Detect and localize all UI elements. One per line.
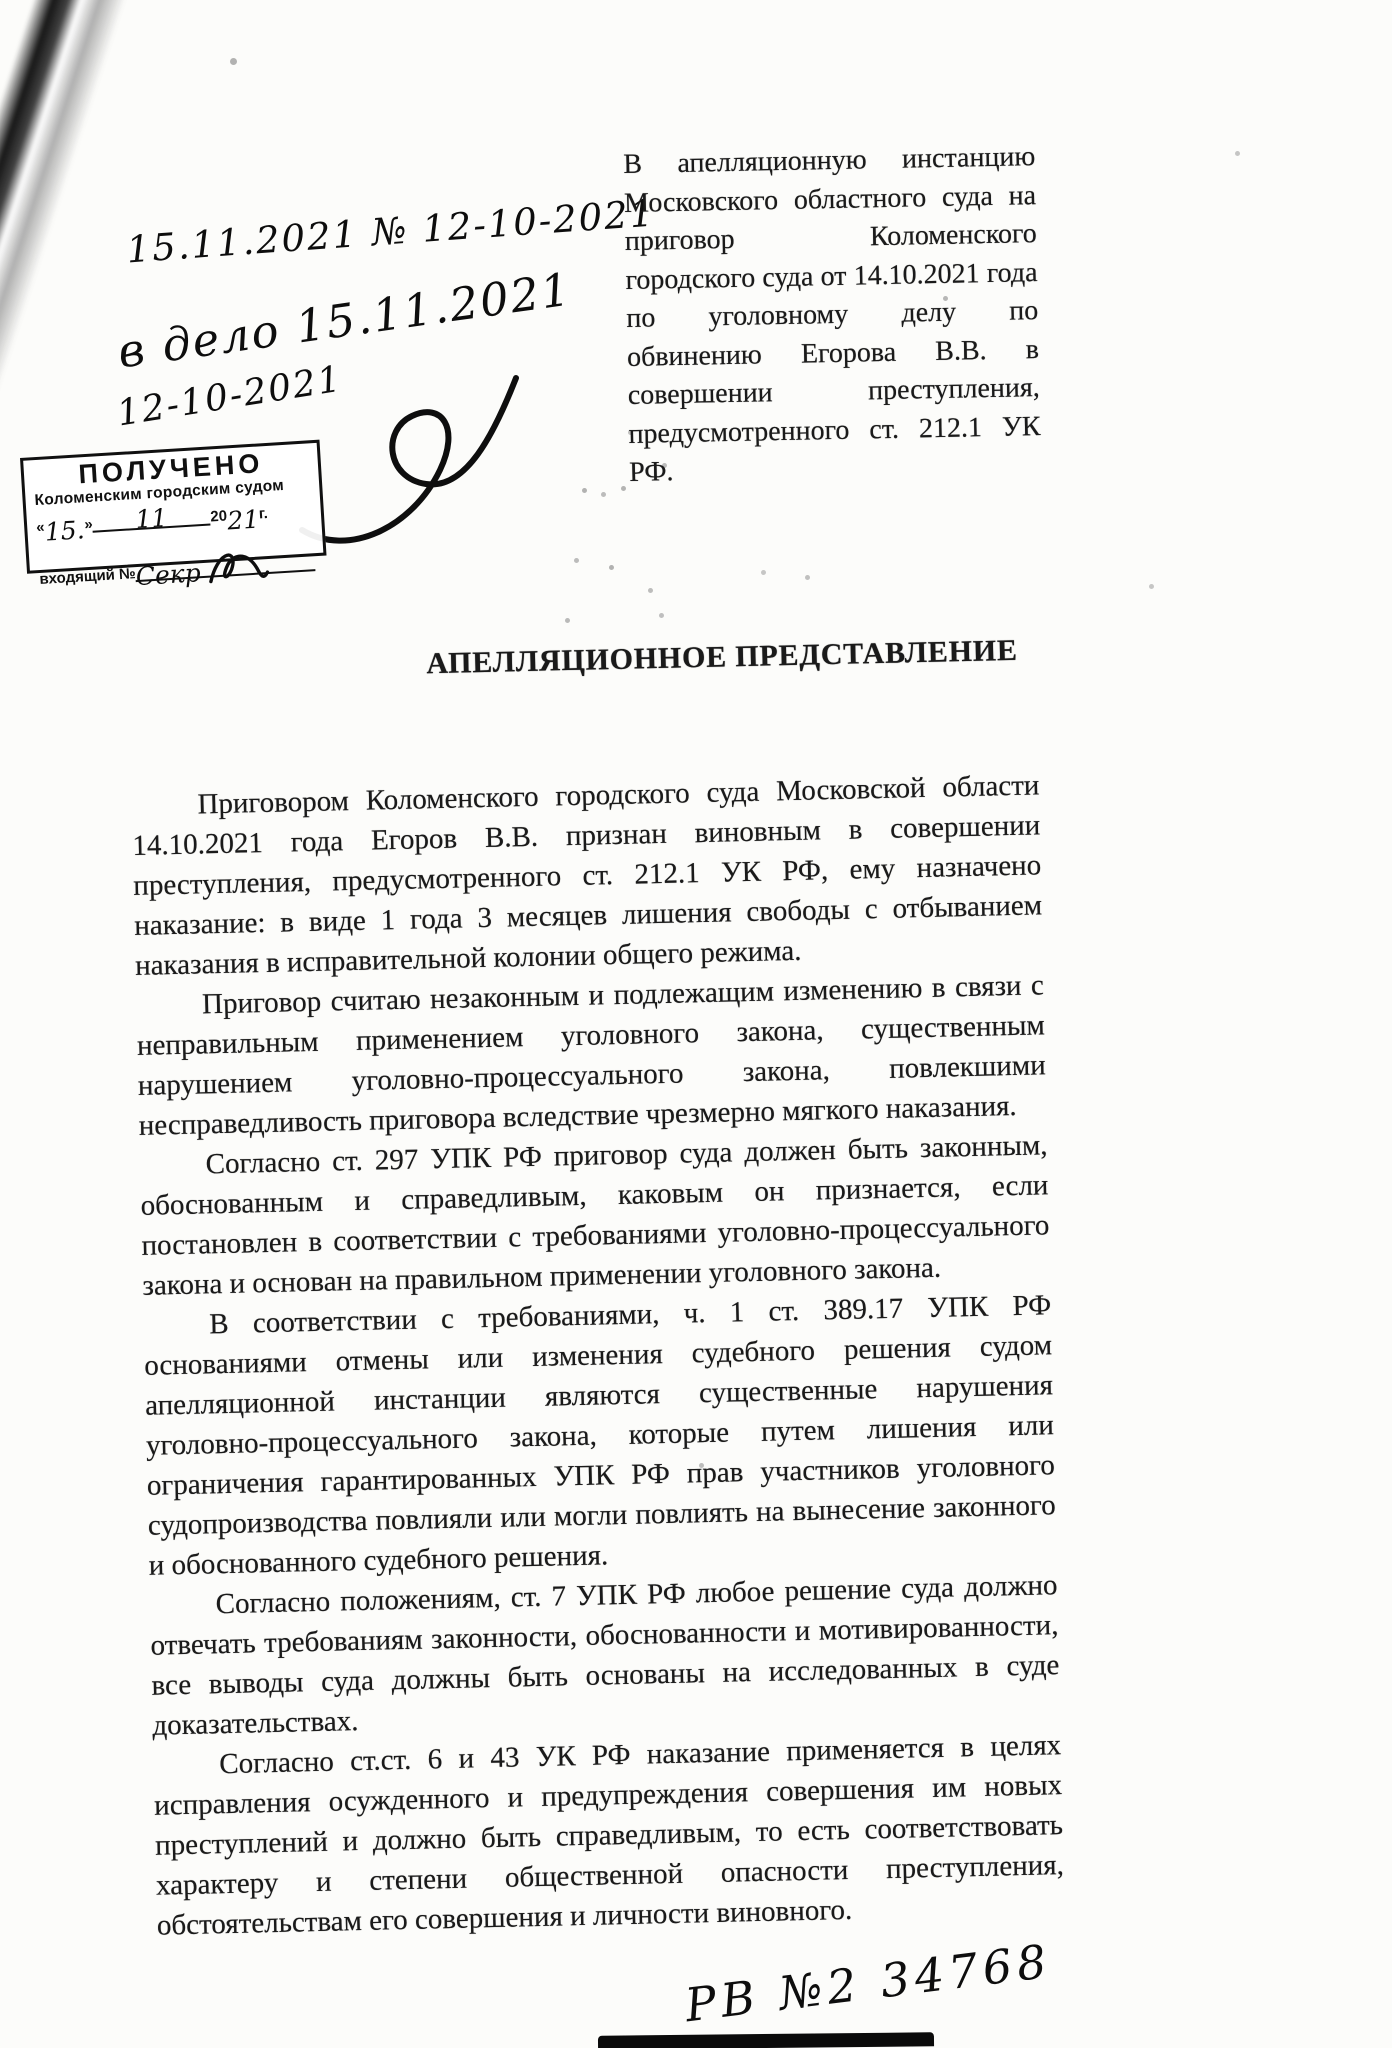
scan-artifact-bottom-bar	[598, 2032, 934, 2048]
stamp-incoming-blank: Секр	[134, 529, 316, 582]
stamp-year-suffix: г.	[258, 506, 268, 523]
stamp-incoming-label: входящий №	[39, 566, 136, 588]
addressee-block: В апелляционную инстанцию Московского об…	[623, 138, 1042, 492]
scanned-document-page: 15.11.2021 № 12-10-2021 в дело 15.11.202…	[0, 0, 1392, 2048]
paragraph-1: Приговором Коломенского городского суда …	[131, 765, 1043, 986]
stamp-handwritten-year: 21	[227, 513, 260, 529]
paragraph-6: Согласно ст.ст. 6 и 43 УК РФ наказание п…	[153, 1725, 1065, 1946]
received-stamp: ПОЛУЧЕНО Коломенским городским судом « 1…	[20, 440, 327, 574]
stamp-handwritten-incoming: Секр	[135, 566, 201, 584]
stamp-handwritten-day: 15.	[45, 523, 86, 539]
handwritten-date-note: 15.11.2021 № 12-10-2021	[125, 192, 656, 272]
stamp-handwritten-month: 11	[135, 503, 169, 534]
paragraph-3: Согласно ст. 297 УПК РФ приговор суда до…	[139, 1125, 1050, 1306]
stamp-month-blank: 11	[92, 505, 211, 533]
scan-noise	[0, 0, 3, 3]
paragraph-2: Приговор считаю незаконным и подлежащим …	[136, 965, 1047, 1146]
paragraph-5: Согласно положениям, ст. 7 УПК РФ любое …	[149, 1565, 1060, 1746]
document-body: АПЕЛЛЯЦИОННОЕ ПРЕДСТАВЛЕНИЕ Приговором К…	[128, 629, 1065, 1945]
stamp-signature-squiggle	[205, 544, 271, 588]
handwritten-case-note: в дело 15.11.2021	[115, 262, 575, 378]
handwritten-bottom-number: РВ №2 34768	[682, 1934, 1054, 2032]
stamp-century: 20	[210, 508, 228, 525]
paragraph-4: В соответствии с требованиями, ч. 1 ст. …	[143, 1285, 1057, 1586]
document-title: АПЕЛЛЯЦИОННОЕ ПРЕДСТАВЛЕНИЕ	[426, 629, 1037, 685]
